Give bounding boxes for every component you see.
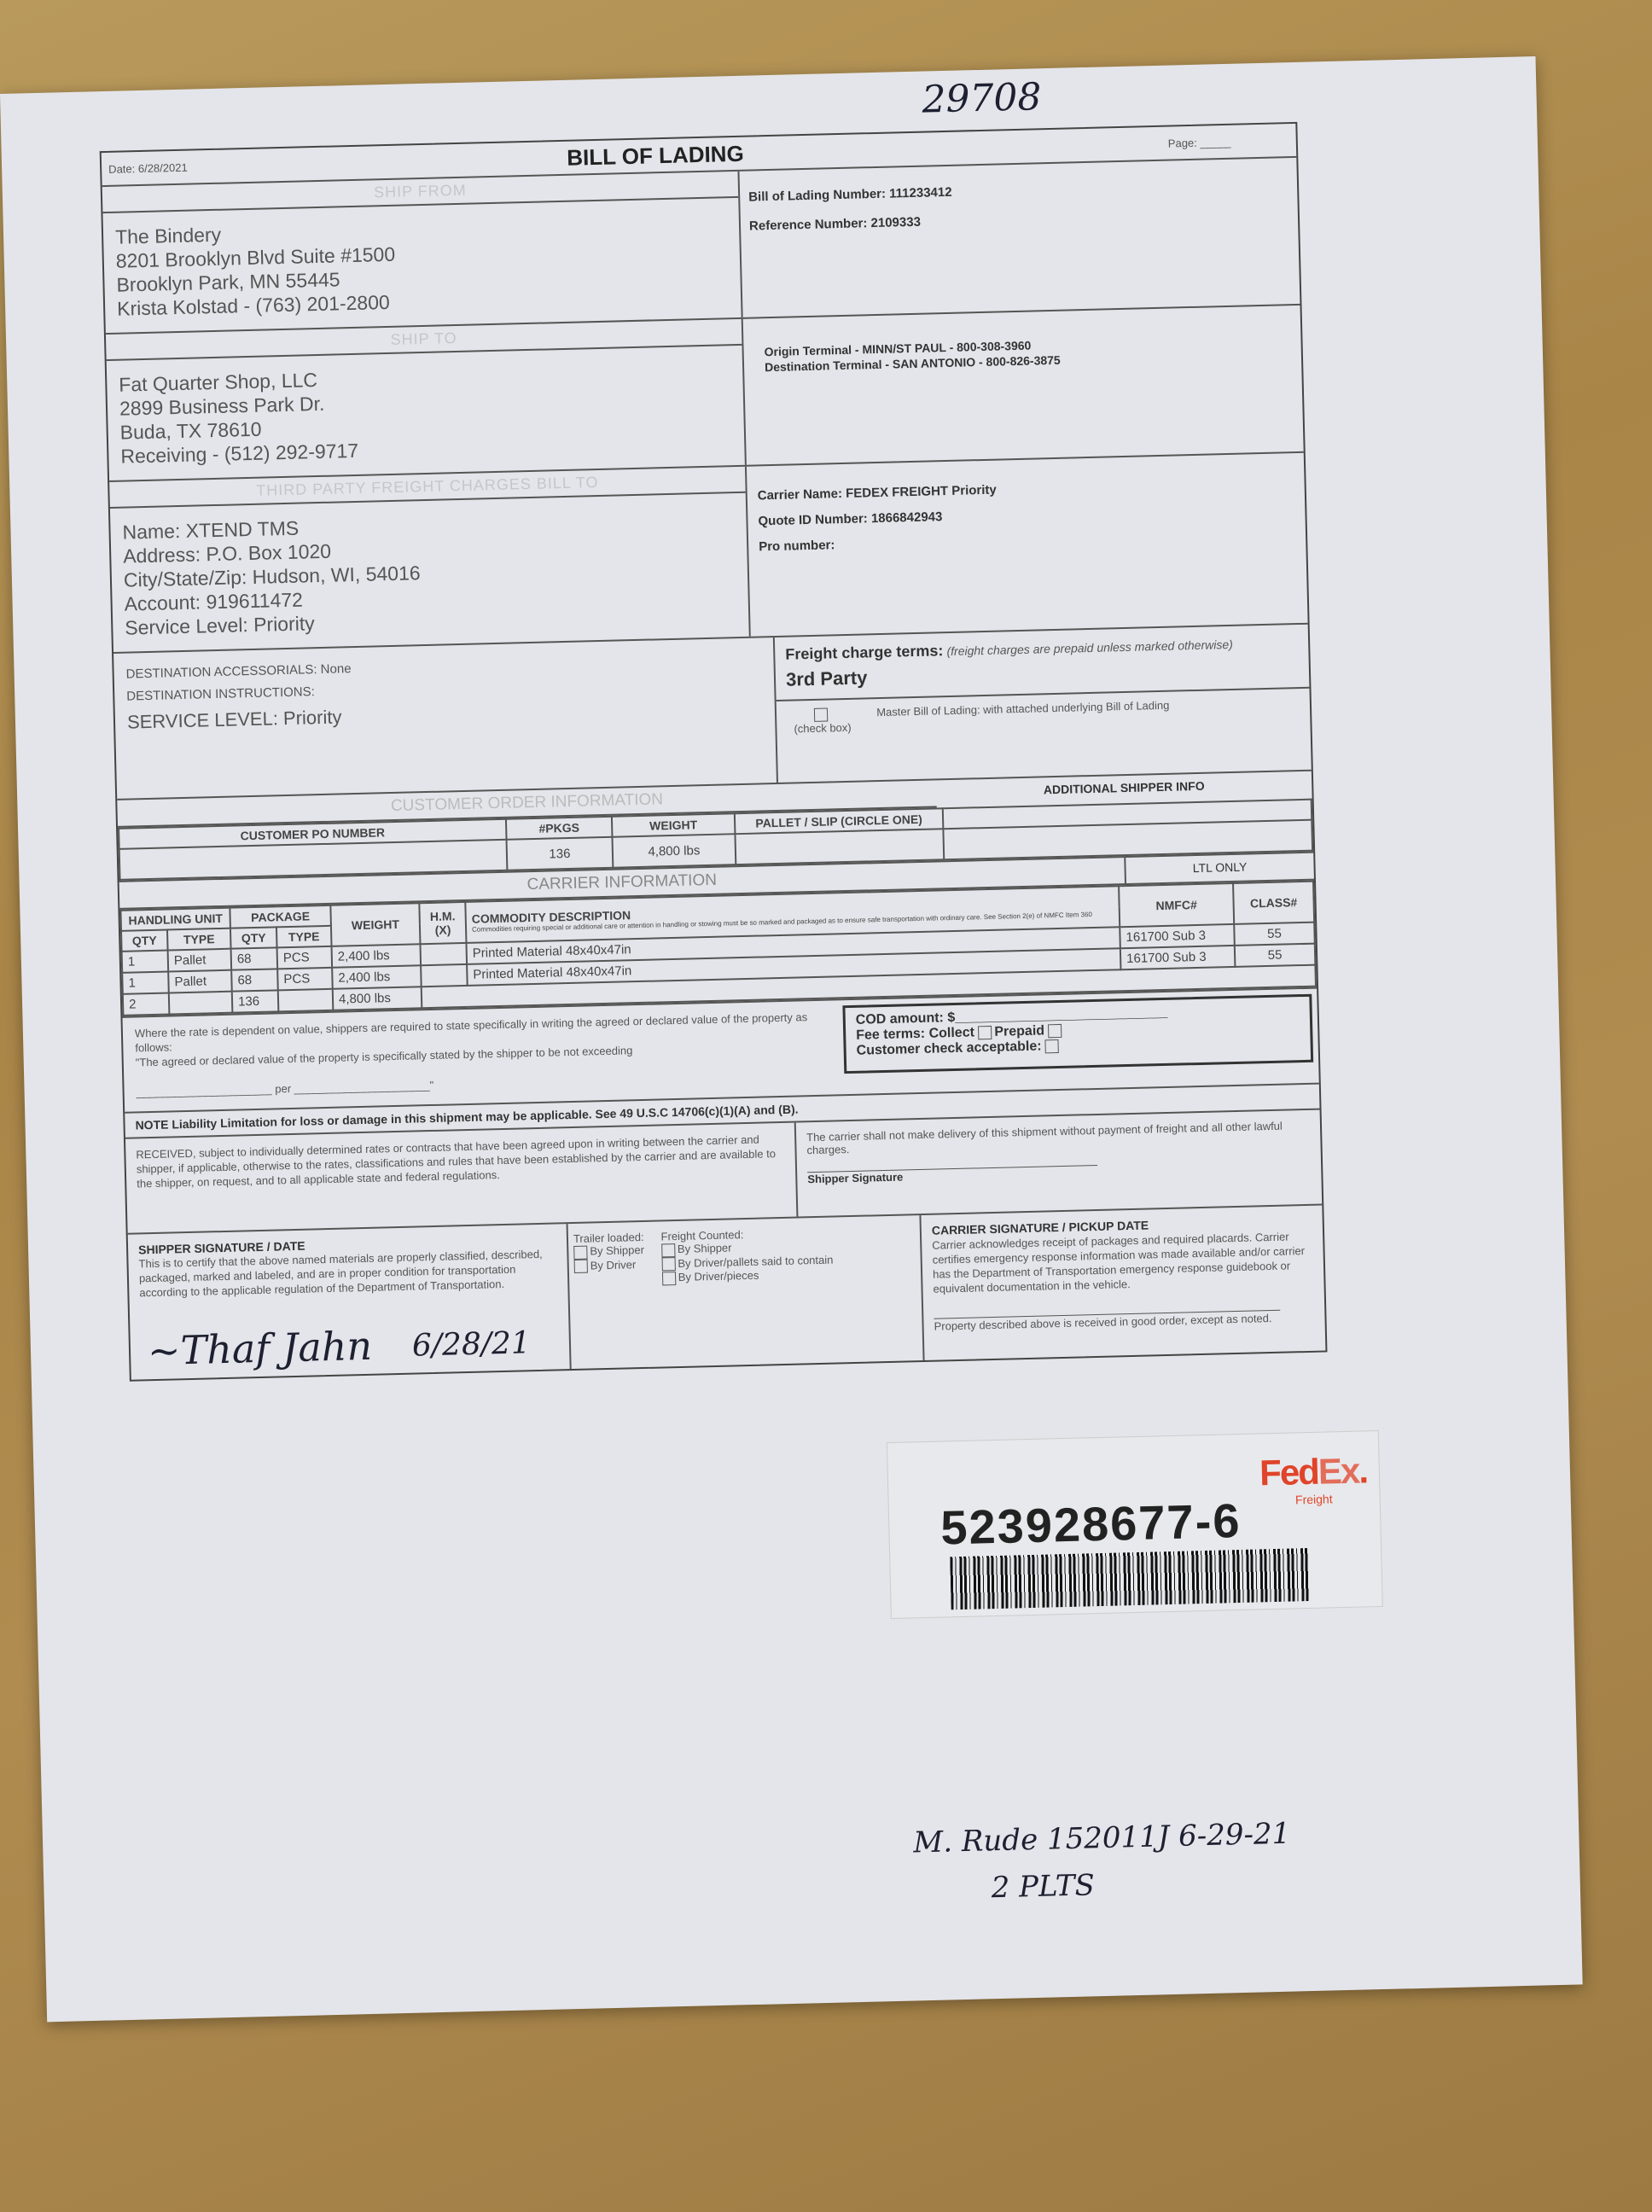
- col-weight: WEIGHT: [330, 903, 420, 946]
- bol-form: Date: 6/28/2021 BILL OF LADING Page: ___…: [100, 122, 1328, 1382]
- received-text: RECEIVED, subject to individually determ…: [125, 1123, 798, 1233]
- hm: [420, 943, 467, 965]
- pkg-type: PCS: [277, 946, 333, 969]
- nmfc: 161700 Sub 3: [1120, 946, 1236, 969]
- shipper-cert-text: This is to certify that the above named …: [138, 1246, 557, 1300]
- ship-from-address: The Bindery 8201 Brooklyn Blvd Suite #15…: [102, 198, 741, 333]
- trailer-by-shipper-checkbox[interactable]: [573, 1245, 587, 1259]
- fee-terms-label: Fee terms: Collect: [856, 1025, 974, 1042]
- counted-by-shipper-checkbox[interactable]: [661, 1243, 675, 1257]
- option-label: By Driver/pallets said to contain: [678, 1253, 833, 1269]
- total-pkg-qty: 136: [232, 990, 279, 1012]
- pkg-qty: 68: [231, 969, 278, 991]
- handwritten-number: 29708: [922, 75, 1042, 121]
- option-label: By Shipper: [678, 1241, 732, 1255]
- fedex-pro-label: FedEx. Freight 523928677-6: [887, 1430, 1383, 1619]
- carrier-signature-text: Carrier acknowledges receipt of packages…: [932, 1229, 1314, 1296]
- page-label: Page: _____: [1168, 133, 1296, 149]
- prepaid-checkbox[interactable]: [1048, 1024, 1062, 1038]
- freight-terms-note: (freight charges are prepaid unless mark…: [946, 637, 1233, 658]
- counted-by-driver-pallets-checkbox[interactable]: [661, 1257, 675, 1271]
- receiver-note: M. Rude 152011J 6-29-21: [913, 1817, 1291, 1860]
- check-box-label: (check box): [794, 720, 852, 735]
- pro-number-text: 523928677-6: [940, 1493, 1242, 1556]
- col-hu-type: TYPE: [167, 928, 231, 951]
- pkgs-cell: 136: [507, 837, 614, 870]
- fedex-fed: Fed: [1259, 1452, 1319, 1493]
- col-hu-qty: QTY: [121, 930, 168, 952]
- total-hu-qty: 2: [123, 992, 170, 1015]
- ltl-only-label: LTL ONLY: [1124, 853, 1314, 883]
- col-handling-unit: HANDLING UNIT: [120, 908, 230, 931]
- col-pkg-type: TYPE: [276, 926, 332, 948]
- hu-type: Pallet: [168, 949, 232, 972]
- cod-amount-label: COD amount: $: [856, 1010, 956, 1027]
- pallet-cell: [735, 829, 944, 864]
- pkg-qty: 68: [231, 947, 278, 969]
- hu-qty: 1: [122, 971, 169, 993]
- third-party-address: Name: XTEND TMS Address: P.O. Box 1020 C…: [110, 493, 749, 652]
- weight-cell: 4,800 lbs: [612, 834, 736, 868]
- hu-qty: 1: [122, 950, 169, 972]
- bol-date: Date: 6/28/2021: [102, 156, 364, 176]
- col-package: PACKAGE: [230, 905, 331, 928]
- hm: [421, 964, 468, 987]
- master-bol-label: Master Bill of Lading: with attached und…: [876, 699, 1170, 733]
- fedex-ex: Ex: [1318, 1451, 1359, 1492]
- ship-to-address: Fat Quarter Shop, LLC 2899 Business Park…: [107, 346, 745, 480]
- freight-terms-value: 3rd Party: [786, 656, 1299, 691]
- weight: 2,400 lbs: [332, 965, 422, 989]
- total-weight: 4,800 lbs: [333, 987, 422, 1010]
- col-pkg-qty: QTY: [230, 927, 277, 948]
- col-pkgs: #PKGS: [506, 817, 613, 840]
- pkg-type: PCS: [277, 968, 333, 991]
- weight: 2,400 lbs: [332, 944, 422, 968]
- nmfc: 161700 Sub 3: [1120, 924, 1235, 948]
- col-class: CLASS#: [1233, 882, 1314, 924]
- shipper-signature: ~Thaf Jahn: [147, 1323, 372, 1374]
- signature-date: 6/28/21: [411, 1325, 531, 1363]
- check-acceptable-checkbox[interactable]: [1045, 1039, 1059, 1053]
- option-label: By Shipper: [590, 1243, 644, 1258]
- per-label: per: [275, 1082, 291, 1095]
- trailer-by-driver-checkbox[interactable]: [574, 1260, 588, 1273]
- master-bol-checkbox[interactable]: [814, 707, 828, 721]
- freight-terms-label: Freight charge terms:: [785, 642, 943, 663]
- option-label: By Driver/pieces: [678, 1269, 759, 1284]
- barcode: [950, 1548, 1309, 1610]
- fedex-freight: Freight: [1260, 1491, 1368, 1507]
- receiver-note-pallets: 2 PLTS: [991, 1868, 1095, 1905]
- counted-by-driver-pieces-checkbox[interactable]: [662, 1272, 676, 1285]
- prepaid-label: Prepaid: [994, 1023, 1044, 1039]
- col-hm: H.M. (X): [419, 902, 466, 944]
- option-label: By Driver: [590, 1258, 637, 1272]
- hu-type: Pallet: [168, 970, 232, 993]
- collect-checkbox[interactable]: [978, 1026, 992, 1039]
- fedex-logo: FedEx. Freight: [1259, 1450, 1368, 1507]
- bill-of-lading-paper: 29708 Date: 6/28/2021 BILL OF LADING Pag…: [0, 56, 1583, 2022]
- col-nmfc: NMFC#: [1119, 883, 1234, 927]
- class: 55: [1234, 923, 1315, 946]
- col-weight: WEIGHT: [612, 813, 736, 837]
- class: 55: [1235, 944, 1316, 967]
